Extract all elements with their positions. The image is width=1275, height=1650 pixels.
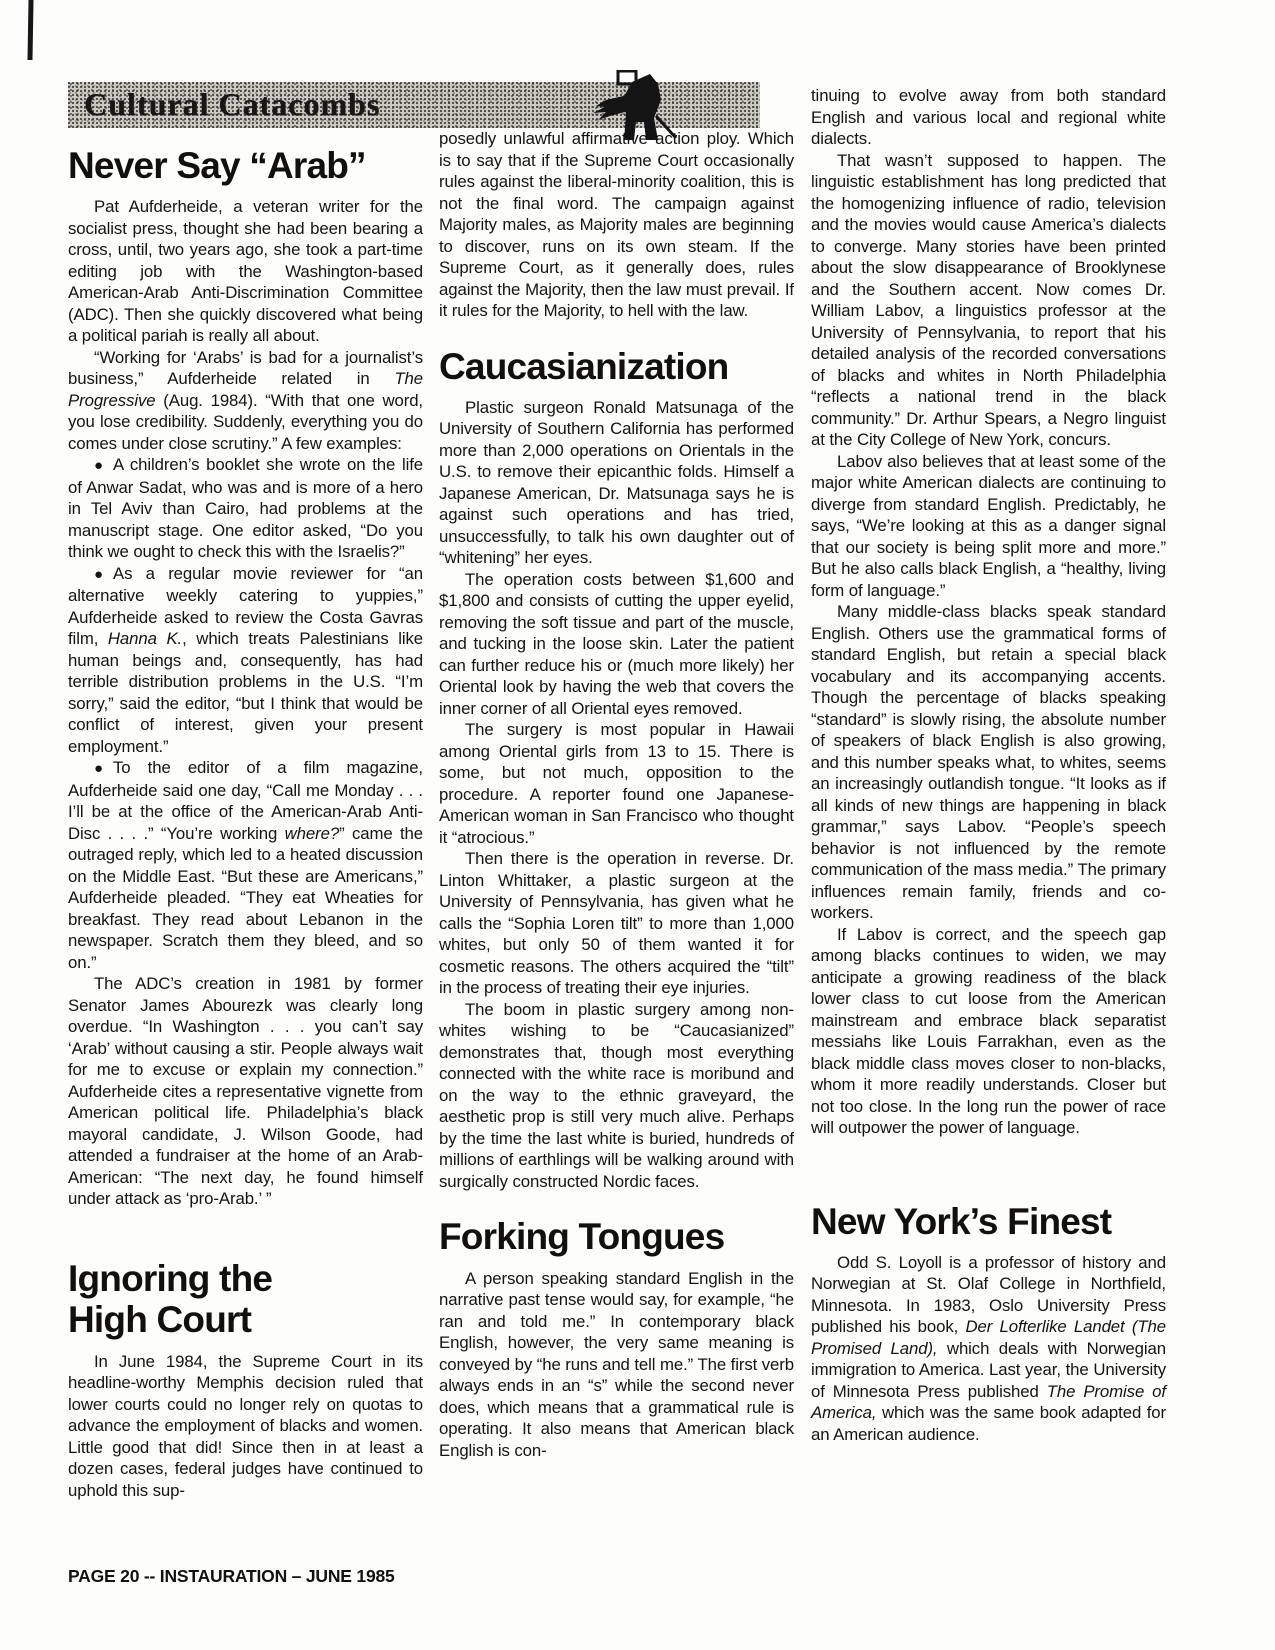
bullet-icon: ●: [94, 455, 104, 477]
imp-silhouette-icon: [588, 70, 680, 149]
left-region: Cultural Catacombs Never Say “Arab”Pat A…: [68, 0, 794, 1501]
paragraph: The boom in plastic surgery among non-wh…: [439, 999, 794, 1193]
bullet-icon: ●: [94, 564, 104, 586]
paragraph: tinuing to evolve away from both standar…: [811, 85, 1166, 150]
paragraph: In June 1984, the Supreme Court in its h…: [68, 1351, 423, 1502]
page-footer: PAGE 20 -- INSTAURATION – JUNE 1985: [68, 1566, 395, 1587]
paragraph: posedly unlawful affirmative action ploy…: [439, 128, 794, 322]
paragraph: Then there is the operation in reverse. …: [439, 848, 794, 999]
column-3: tinuing to evolve away from both standar…: [811, 0, 1166, 1501]
column-2: posedly unlawful affirmative action ploy…: [439, 128, 794, 1501]
paragraph: “Working for ‘Arabs’ is bad for a journa…: [68, 347, 423, 455]
paragraph: The surgery is most popular in Hawaii am…: [439, 719, 794, 848]
paragraph: Pat Aufderheide, a veteran writer for th…: [68, 196, 423, 347]
article-headline: Caucasianization: [439, 346, 794, 387]
cultural-catacombs-banner: Cultural Catacombs: [68, 82, 760, 128]
paragraph: The operation costs between $1,600 and $…: [439, 569, 794, 720]
column-1: Never Say “Arab”Pat Aufderheide, a veter…: [68, 128, 423, 1501]
bulleted-paragraph: ●As a regular movie reviewer for “an alt…: [68, 563, 423, 758]
paragraph: The ADC’s creation in 1981 by former Sen…: [68, 973, 423, 1210]
paragraph: If Labov is correct, and the speech gap …: [811, 924, 1166, 1139]
bullet-icon: ●: [94, 758, 104, 780]
article-headline: Ignoring theHigh Court: [68, 1258, 423, 1341]
bulleted-paragraph: ●To the editor of a film magazine, Aufde…: [68, 757, 423, 973]
page-content: Cultural Catacombs Never Say “Arab”Pat A…: [68, 0, 1166, 1501]
scan-artifact-line: [27, 0, 33, 60]
paragraph: Odd S. Loyoll is a professor of history …: [811, 1252, 1166, 1446]
paragraph: A person speaking standard English in th…: [439, 1268, 794, 1462]
columns-1-2: Never Say “Arab”Pat Aufderheide, a veter…: [68, 128, 794, 1501]
paragraph: Labov also believes that at least some o…: [811, 451, 1166, 602]
bulleted-paragraph: ●A children’s booklet she wrote on the l…: [68, 454, 423, 563]
paragraph: That wasn’t supposed to happen. The ling…: [811, 150, 1166, 451]
article-headline: Forking Tongues: [439, 1216, 794, 1257]
article-headline: New York’s Finest: [811, 1201, 1166, 1242]
section-banner-title: Cultural Catacombs: [68, 88, 380, 122]
paragraph: Many middle-class blacks speak standard …: [811, 601, 1166, 924]
paragraph: Plastic surgeon Ronald Matsunaga of the …: [439, 397, 794, 569]
article-headline: Never Say “Arab”: [68, 145, 423, 186]
